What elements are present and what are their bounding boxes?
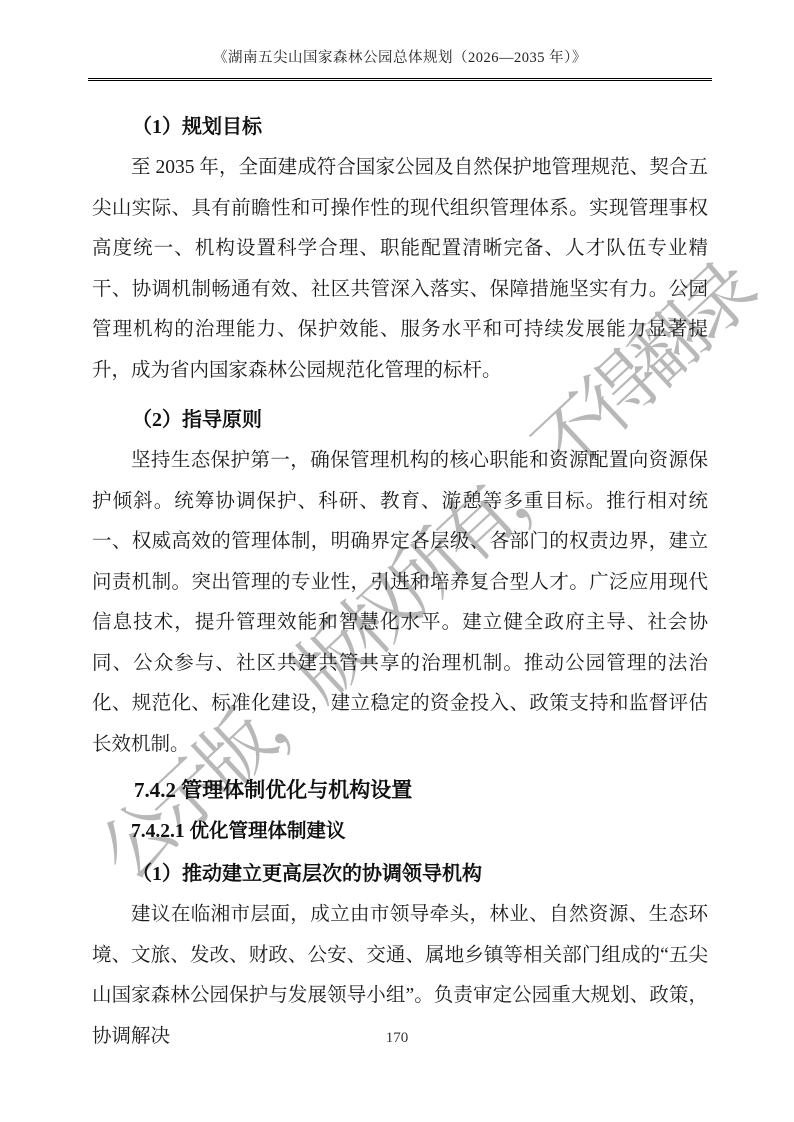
page-header: 《湖南五尖山国家森林公园总体规划（2026—2035 年）》: [88, 46, 712, 81]
document-page: 公示版，版权所有，不得翻录 《湖南五尖山国家森林公园总体规划（2026—2035…: [0, 0, 794, 1122]
section-heading-guiding-principles: （2）指导原则: [92, 399, 708, 441]
section-heading-planning-goal: （1）规划目标: [92, 106, 708, 148]
body-paragraph-planning-goal: 至 2035 年，全面建成符合国家公园及自然保护地管理规范、契合五尖山实际、具有…: [92, 148, 708, 391]
body-paragraph-guiding-principles: 坚持生态保护第一，确保管理机构的核心职能和资源配置向资源保护倾斜。统筹协调保护、…: [92, 441, 708, 765]
page-number: 170: [0, 1030, 794, 1047]
section-heading-coordination-body: （1）推动建立更高层次的协调领导机构: [92, 853, 708, 895]
header-title: 《湖南五尖山国家森林公园总体规划（2026—2035 年）》: [213, 50, 587, 66]
document-body: （1）规划目标 至 2035 年，全面建成符合国家公园及自然保护地管理规范、契合…: [92, 106, 708, 1057]
section-heading-7421: 7.4.2.1 优化管理体制建议: [92, 812, 708, 852]
section-heading-742: 7.4.2 管理体制优化与机构设置: [92, 770, 708, 810]
